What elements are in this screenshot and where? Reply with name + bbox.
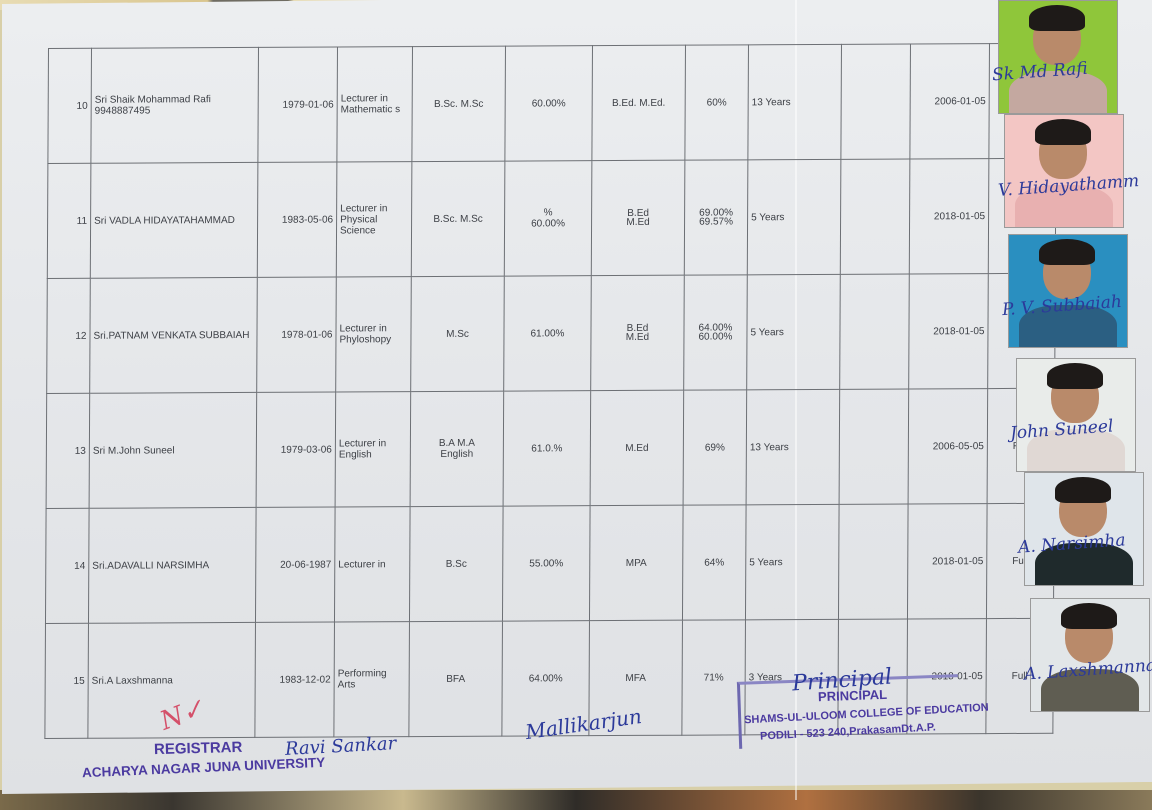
serial-number: 15 — [45, 623, 89, 738]
designation: Performing Arts — [334, 622, 410, 737]
staff-photo — [1016, 358, 1136, 472]
experience: 5 Years — [747, 159, 841, 274]
staff-name-text: Sri Shaik Mohammad Rafi — [95, 94, 255, 106]
date-of-birth: 1983-05-06 — [257, 162, 337, 277]
staff-photo — [1008, 234, 1128, 348]
staff-photo — [1030, 598, 1150, 712]
serial-number: 12 — [47, 278, 91, 393]
education-qualification: B.Ed. M.Ed. — [592, 45, 686, 160]
ug-pg-qualification: B.Sc. M.Sc — [412, 46, 506, 161]
staff-photo — [1024, 472, 1144, 586]
date-of-joining: 2006-05-05 — [908, 389, 988, 504]
table-row: 10Sri Shaik Mohammad Rafi99488874951979-… — [48, 43, 1057, 163]
education-qualification: M.Ed — [590, 390, 684, 505]
date-of-birth: 1983-12-02 — [255, 622, 335, 737]
principal-stamp-title: PRINCIPAL — [818, 687, 888, 704]
staff-photo — [1004, 114, 1124, 228]
ug-pg-percentage: 61.00% — [504, 276, 592, 391]
ug-pg-qualification: B.A M.A English — [410, 391, 504, 506]
blank-cell — [840, 274, 910, 389]
date-of-joining: 2018-01-05 — [909, 274, 989, 389]
staff-name-text: Sri VADLA HIDAYATAHAMMAD — [94, 214, 254, 226]
date-of-joining: 2018-01-05 — [907, 504, 987, 619]
blank-cell — [841, 44, 911, 159]
registrar-stamp-title: REGISTRAR — [154, 739, 243, 758]
ug-pg-percentage: 55.00% — [502, 506, 590, 621]
serial-number: 13 — [46, 393, 90, 508]
ug-pg-qualification: B.Sc. M.Sc — [411, 161, 505, 276]
date-of-birth: 1979-01-06 — [258, 47, 338, 162]
photo-hair — [1035, 119, 1091, 145]
experience: 5 Years — [747, 274, 841, 389]
designation: Lecturer in — [334, 507, 410, 622]
education-qualification: B.Ed M.Ed — [591, 160, 685, 275]
education-percentage: 69.00% 69.57% — [684, 160, 748, 275]
photo-hair — [1047, 363, 1103, 389]
staff-name-text: Sri M.John Suneel — [93, 444, 253, 456]
designation: Lecturer in Phyloshopy — [336, 277, 412, 392]
blank-cell — [839, 389, 909, 504]
staff-name-text: Sri.A Laxshmanna — [92, 674, 252, 686]
staff-name-text: Sri.ADAVALLI NARSIMHA — [92, 559, 252, 571]
date-of-birth: 1978-01-06 — [257, 277, 337, 392]
ug-pg-percentage: % 60.00% — [504, 161, 592, 276]
staff-name-text: Sri.PATNAM VENKATA SUBBAIAH — [93, 329, 253, 341]
education-percentage: 64% — [682, 505, 746, 620]
blank-cell — [840, 159, 910, 274]
staff-name: Sri Shaik Mohammad Rafi9948887495 — [91, 47, 259, 163]
education-percentage: 69% — [683, 390, 747, 505]
designation: Lecturer in Physical Science — [336, 162, 412, 277]
serial-number: 10 — [48, 48, 92, 163]
staff-phone: 9948887495 — [95, 105, 255, 117]
education-percentage: 64.00% 60.00% — [684, 275, 748, 390]
date-of-birth: 1979-03-06 — [256, 392, 336, 507]
staff-name: Sri.ADAVALLI NARSIMHA — [88, 507, 256, 623]
ug-pg-qualification: BFA — [409, 621, 503, 736]
background-floor — [0, 790, 1152, 810]
designation: Lecturer in Mathematic s — [337, 47, 413, 162]
serial-number: 14 — [45, 508, 89, 623]
staff-photo — [998, 0, 1118, 114]
photo-hair — [1039, 239, 1095, 265]
date-of-joining: 2006-01-05 — [910, 44, 990, 159]
staff-name: Sri M.John Suneel — [89, 392, 257, 508]
staff-table: 10Sri Shaik Mohammad Rafi99488874951979-… — [44, 43, 1057, 739]
date-of-birth: 20-06-1987 — [255, 507, 335, 622]
staff-name: Sri.PATNAM VENKATA SUBBAIAH — [90, 277, 258, 393]
ug-pg-percentage: 60.00% — [505, 46, 593, 161]
education-qualification: MPA — [589, 505, 683, 620]
ug-pg-percentage: 61.0.% — [503, 391, 591, 506]
photo-hair — [1055, 477, 1111, 503]
photo-hair — [1029, 5, 1085, 31]
table-row: 13Sri M.John Suneel1979-03-06Lecturer in… — [46, 388, 1055, 508]
designation: Lecturer in English — [335, 392, 411, 507]
serial-number: 11 — [47, 163, 91, 278]
education-percentage: 60% — [685, 45, 749, 160]
experience: 13 Years — [748, 44, 842, 159]
table-row: 11Sri VADLA HIDAYATAHAMMAD1983-05-06Lect… — [47, 158, 1056, 278]
ug-pg-qualification: B.Sc — [409, 506, 503, 621]
table-row: 14Sri.ADAVALLI NARSIMHA20-06-1987Lecture… — [45, 503, 1054, 623]
experience: 13 Years — [746, 389, 840, 504]
blank-cell — [838, 504, 908, 619]
photo-hair — [1061, 603, 1117, 629]
table-row: 12Sri.PATNAM VENKATA SUBBAIAH1978-01-06L… — [47, 273, 1056, 393]
ug-pg-qualification: M.Sc — [411, 276, 505, 391]
education-qualification: B.Ed M.Ed — [591, 275, 685, 390]
experience: 5 Years — [745, 504, 839, 619]
staff-name: Sri VADLA HIDAYATAHAMMAD — [90, 162, 258, 278]
date-of-joining: 2018-01-05 — [909, 159, 989, 274]
education-percentage: 71% — [682, 620, 746, 735]
